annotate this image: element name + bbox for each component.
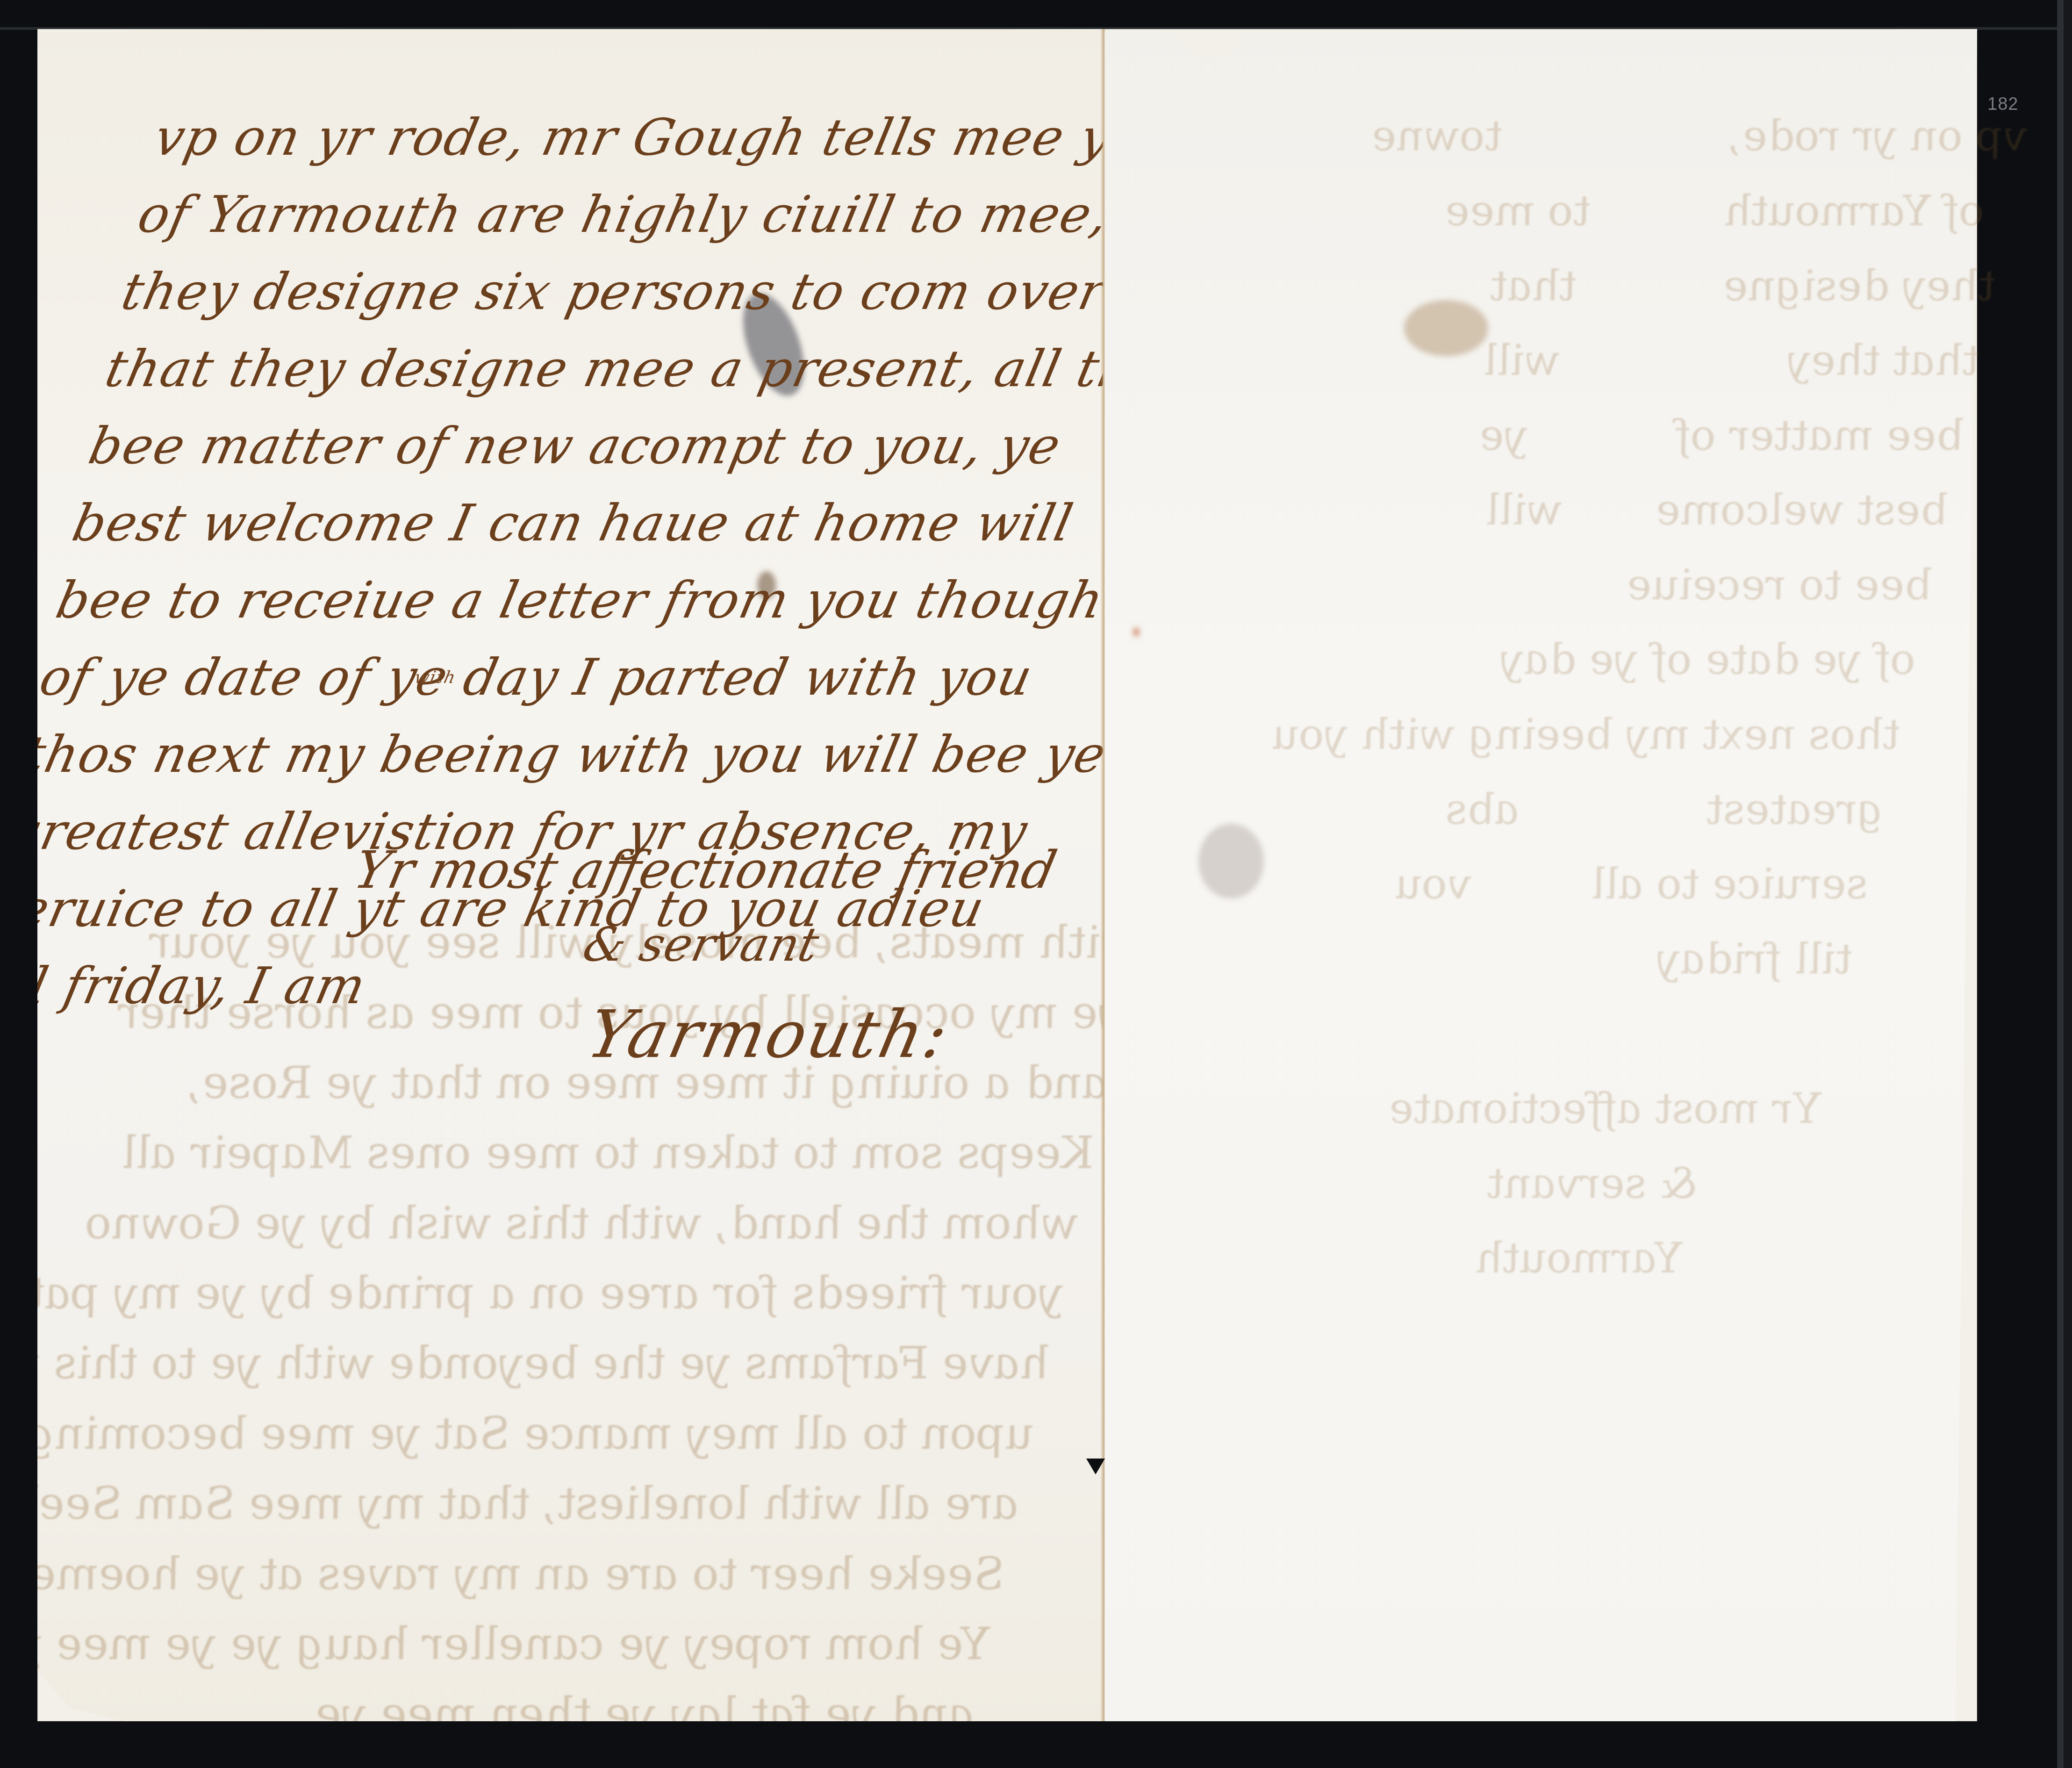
letter-line: best welcome I can haue at home will xyxy=(65,485,1087,562)
closing-line: Yr most affectionate friend xyxy=(349,840,1061,900)
interlinear-insertion: with xyxy=(413,669,458,686)
document-viewer: with meats, bee mosely will see you ye y… xyxy=(0,0,2072,1768)
foxing-stain xyxy=(1133,627,1140,637)
letter-line: that they designe mee a present, all thi… xyxy=(98,331,1119,408)
letter-line: vp on yr rode, mr Gough tells mee ye tow… xyxy=(147,99,1169,176)
signature: Yarmouth: xyxy=(581,997,956,1073)
letter-line: bee to receiue a letter from you though xyxy=(49,562,1070,639)
folio-number: 182 xyxy=(1987,94,2018,115)
closing-line: & servant xyxy=(579,917,824,972)
letter-line: of Yarmouth are highly ciuill to mee, th… xyxy=(131,176,1152,253)
manuscript-sheet: with meats, bee mosely will see you ye y… xyxy=(37,29,1977,1721)
letter-line: bee matter of new acompt to you, ye xyxy=(82,408,1103,485)
mount-strip xyxy=(2057,0,2064,1768)
letter-line: thos next my beeing with you will bee ye xyxy=(16,716,1038,793)
letter-line: of ye date of ye day I parted with you xyxy=(33,639,1054,716)
letter-line: they designe six persons to com over to … xyxy=(115,253,1136,331)
show-through-text: with meats, bee mosely will see you ye y… xyxy=(0,908,1146,1749)
mount-strip-edge xyxy=(2064,0,2072,1768)
fold-tear xyxy=(1086,1459,1105,1474)
left-page: with meats, bee mosely will see you ye y… xyxy=(37,29,1103,1721)
